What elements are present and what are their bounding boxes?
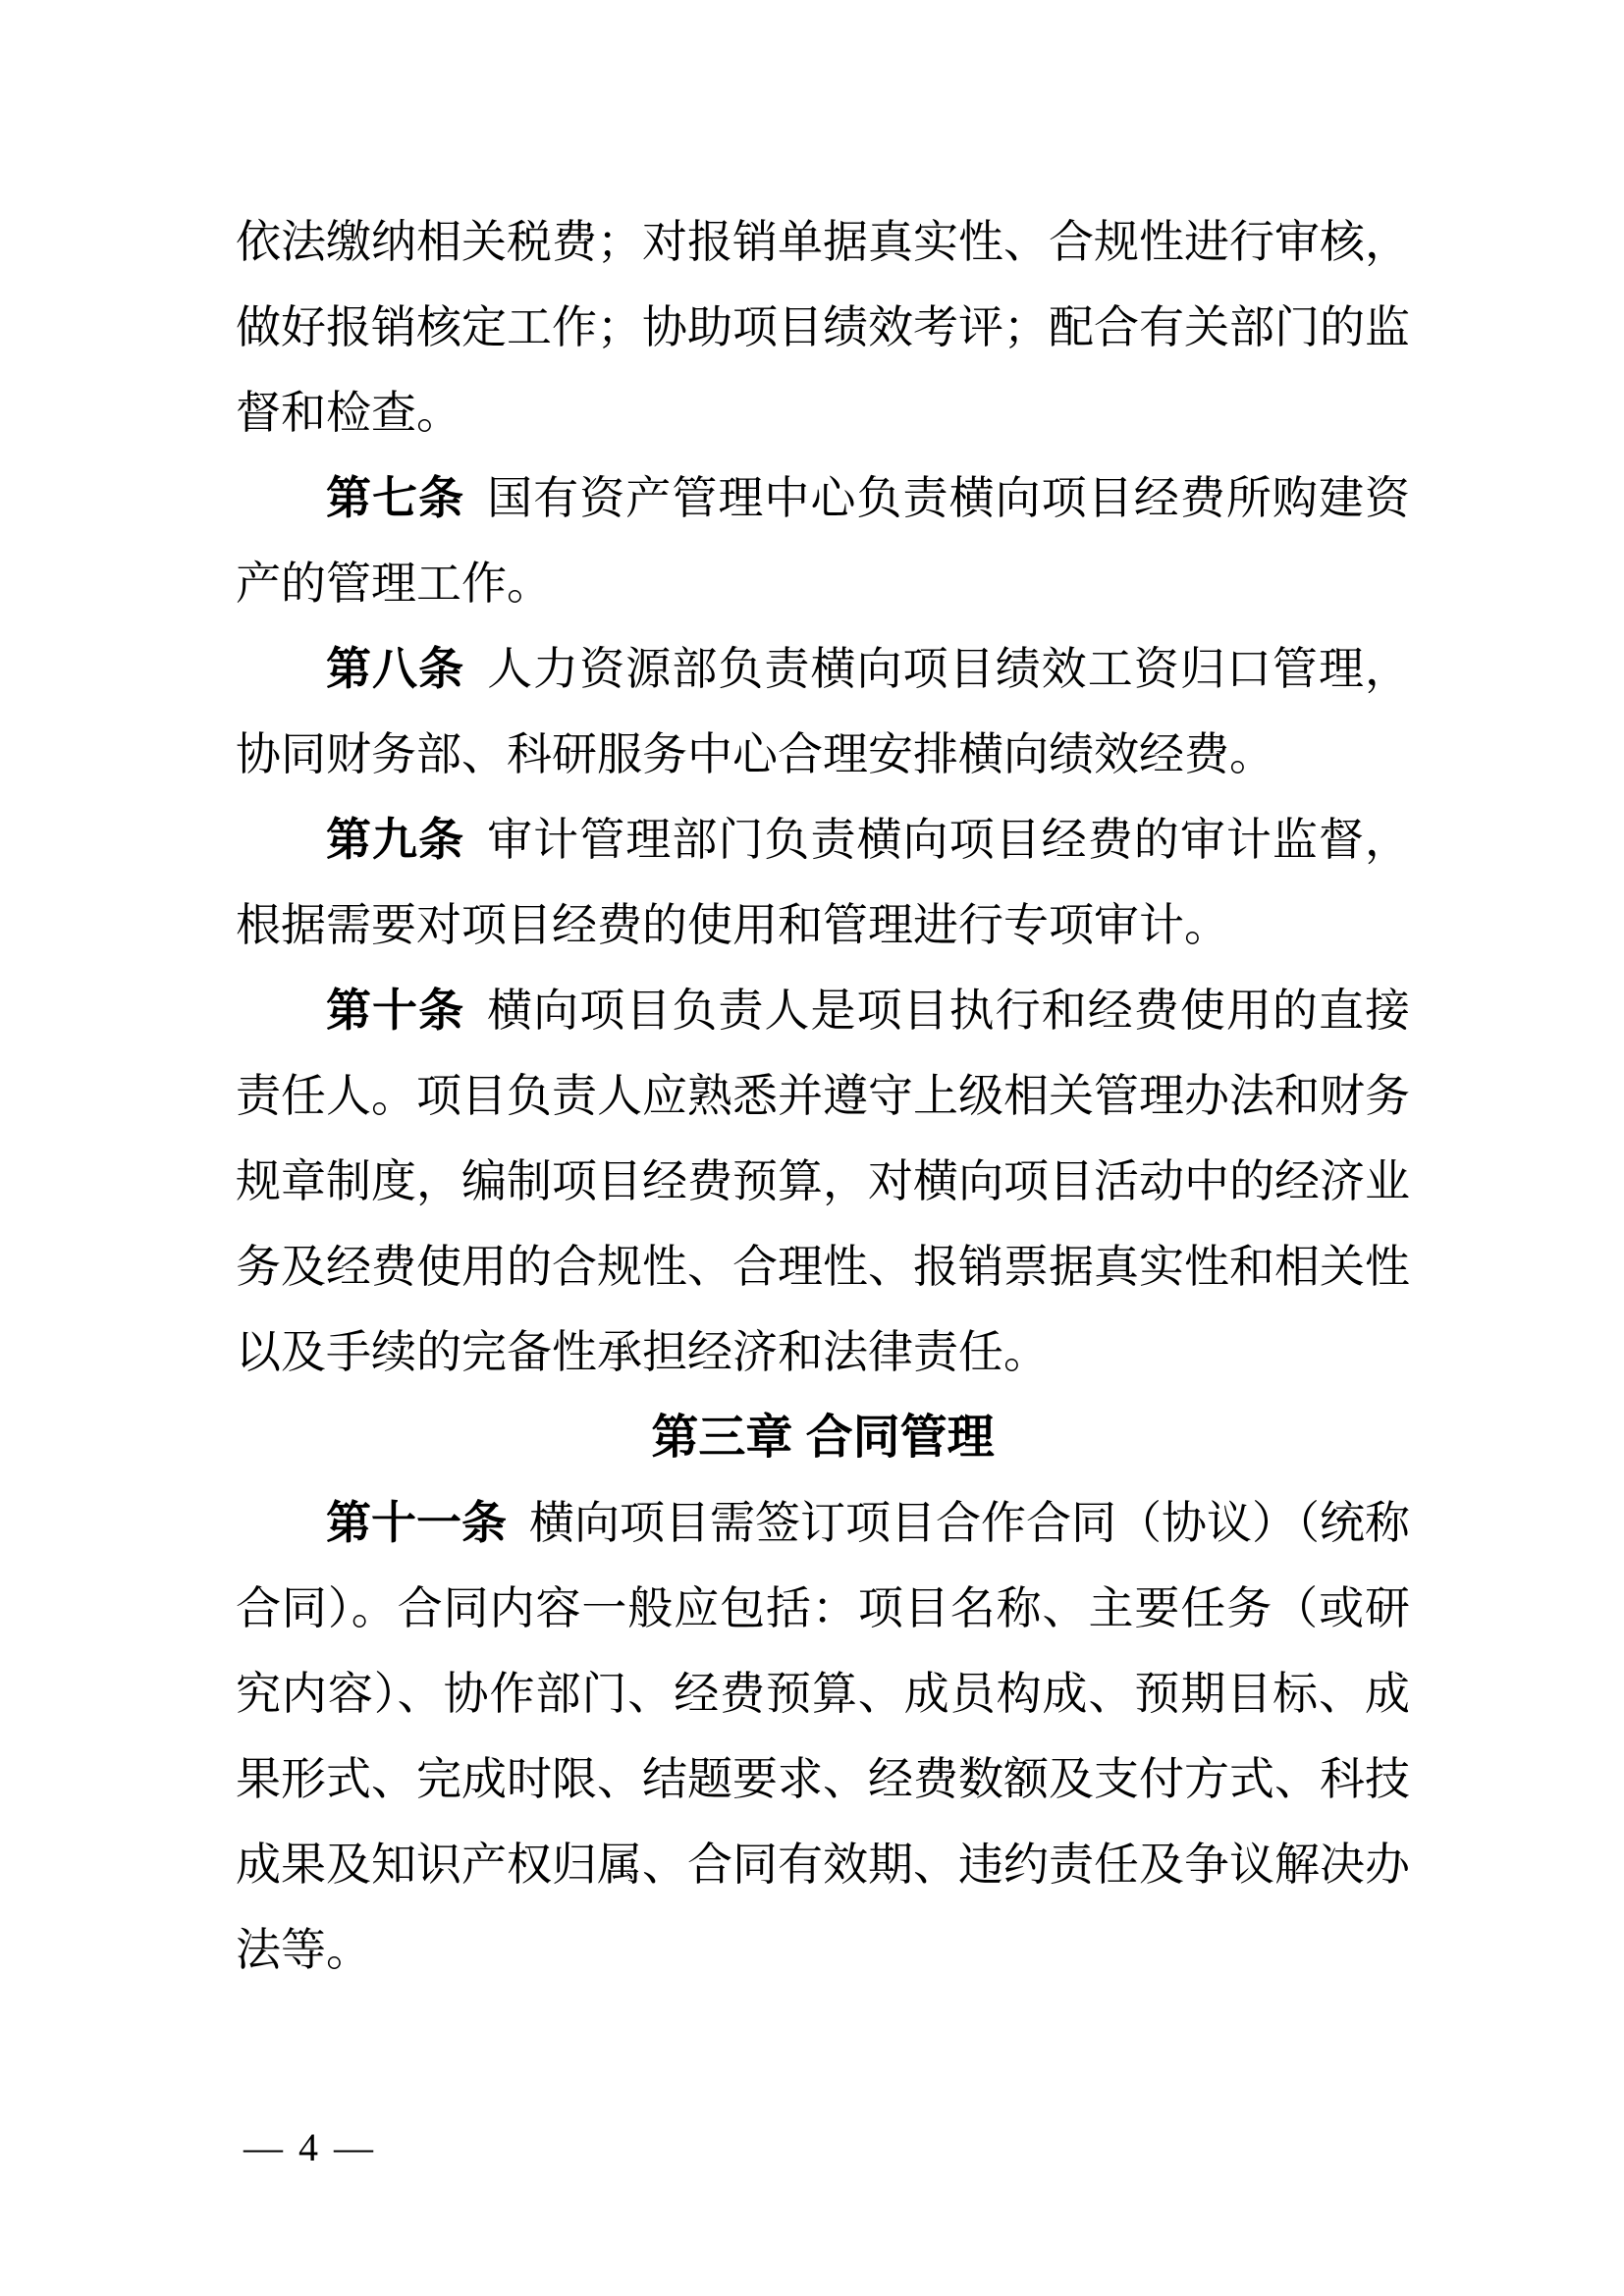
chapter-heading: 第三章 合同管理 xyxy=(236,1395,1410,1480)
article-10-label: 第十条 xyxy=(326,986,464,1036)
article-10-text: 横向项目负责人是项目执行和经费使用的直接责任人。项目负责人应熟悉并遵守上级相关管… xyxy=(236,986,1410,1377)
document-body: 依法缴纳相关税费；对报销单据真实性、合规性进行审核，做好报销核定工作；协助项目绩… xyxy=(236,199,1410,1993)
article-7-label: 第七条 xyxy=(326,473,464,523)
article-11-label: 第十一条 xyxy=(326,1498,507,1548)
page-number: — 4 — xyxy=(244,2122,376,2173)
article-8-label: 第八条 xyxy=(326,644,464,694)
article-7-paragraph: 第七条国有资产管理中心负责横向项目经费所购建资产的管理工作。 xyxy=(236,455,1410,626)
article-9-paragraph: 第九条审计管理部门负责横向项目经费的审计监督，根据需要对项目经费的使用和管理进行… xyxy=(236,797,1410,968)
article-9-label: 第九条 xyxy=(326,815,464,865)
article-11-text: 横向项目需签订项目合作合同（协议）（统称合同）。合同内容一般应包括：项目名称、主… xyxy=(236,1498,1410,1975)
article-10-paragraph: 第十条横向项目负责人是项目执行和经费使用的直接责任人。项目负责人应熟悉并遵守上级… xyxy=(236,968,1410,1395)
article-11-paragraph: 第十一条横向项目需签订项目合作合同（协议）（统称合同）。合同内容一般应包括：项目… xyxy=(236,1480,1410,1993)
article-8-paragraph: 第八条人力资源部负责横向项目绩效工资归口管理，协同财务部、科研服务中心合理安排横… xyxy=(236,626,1410,797)
continuation-paragraph: 依法缴纳相关税费；对报销单据真实性、合规性进行审核，做好报销核定工作；协助项目绩… xyxy=(236,199,1410,455)
